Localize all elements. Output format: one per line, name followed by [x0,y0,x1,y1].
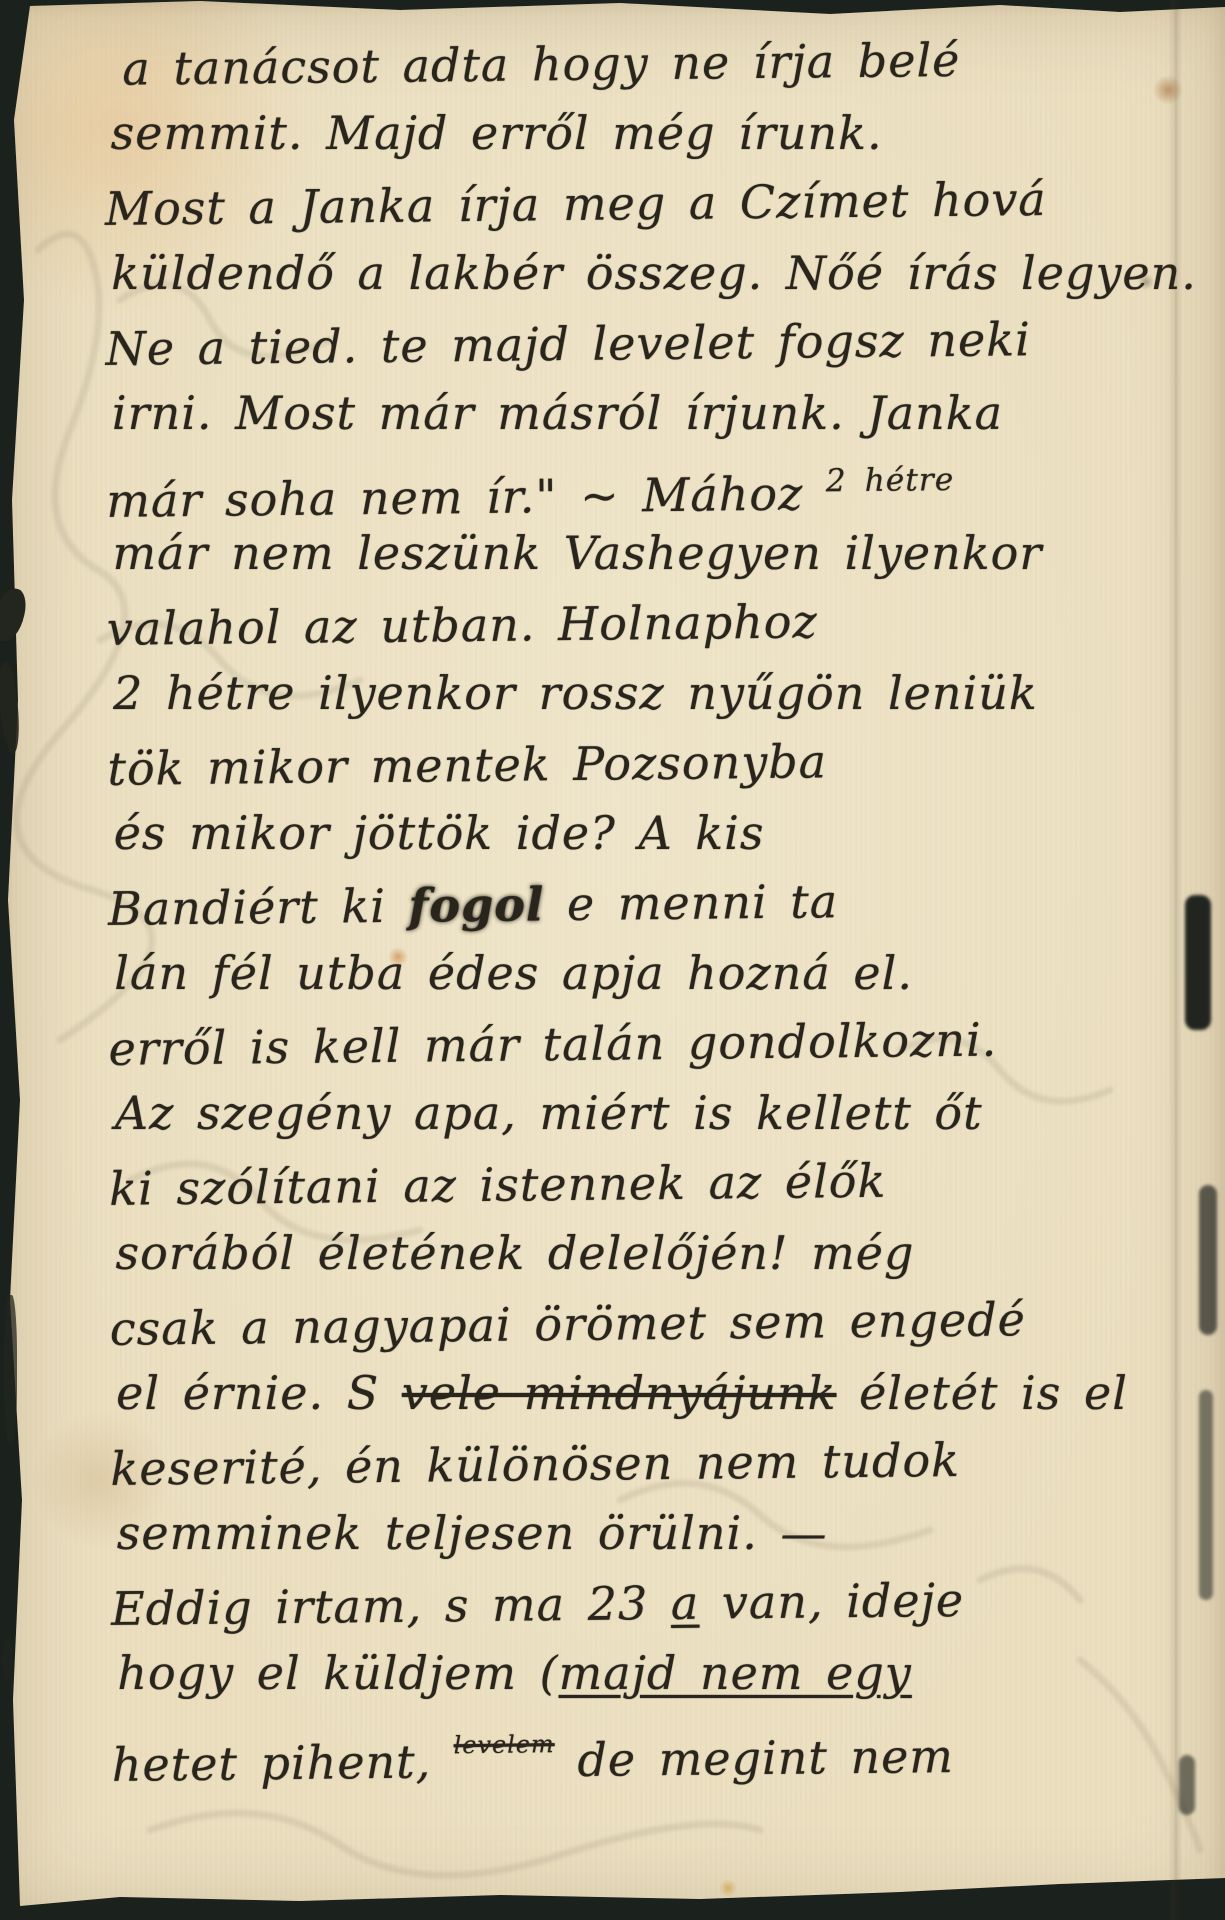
handwritten-line: semmit. Majd erről még írunk. [111,98,1219,168]
handwritten-line: csak a nagyapai örömet sem engedé [109,1282,1224,1364]
handwritten-line: ki szólítani az istennek az élők [109,1142,1224,1224]
line-text: semmit. Majd erről még írunk. [111,106,883,160]
line-text: már nem leszünk Vashegyen ilyenkor [112,526,1042,580]
ink-blot [4,1295,17,1445]
line-text-superscript: 2 hétre [826,462,955,499]
line-text-underlined: a [671,1576,700,1630]
handwritten-line: lán fél utba édes apja hozná el. [114,938,1222,1008]
line-text: életét is el [836,1366,1127,1420]
handwritten-line: 2 hétre ilyenkor rossz nyűgön leniük [113,658,1221,728]
line-text: 2 hétre ilyenkor rossz nyűgön leniük [113,666,1038,720]
line-text: és mikor jöttök ide? A kis [114,806,765,860]
line-text: valahol az utban. Holnaphoz [107,594,818,655]
handwritten-line: Ne a tied. te majd levelet fogsz neki [105,302,1220,384]
handwritten-line: már soha nem ír." ~ Mához 2 hétre [106,442,1221,524]
handwritten-line: Az szegény apa, miért is kellett őt [115,1078,1223,1148]
line-text: Az szegény apa, miért is kellett őt [115,1086,983,1140]
line-text: küldendő a lakbér összeg. Nőé írás legye… [111,246,1197,300]
line-text-ink-blotted: fogol [408,877,544,932]
handwritten-line: küldendő a lakbér összeg. Nőé írás legye… [111,238,1219,308]
line-text: hogy el küldjem ( [117,1646,558,1700]
line-text: van, ideje [699,1573,964,1630]
line-text: lán fél utba édes apja hozná el. [114,946,913,1000]
line-text: sorából életének delelőjén! még [116,1226,915,1280]
line-text-underlined: majd nem egy [559,1646,912,1700]
handwritten-line: el érnie. S vele mindnyájunk életét is e… [116,1358,1224,1428]
line-text: a tanácsot adta hogy ne írja belé [122,33,961,96]
handwritten-line: Bandiért ki fogol e menni ta [108,862,1223,944]
line-text: Eddig irtam, s ma 23 [111,1576,671,1636]
handwritten-line: hogy el küldjem (majd nem egy [117,1638,1225,1708]
line-text: Most a Janka írja meg a Czímet hová [105,172,1047,236]
handwritten-line: és mikor jöttök ide? A kis [114,798,1222,868]
line-text-struck-insertion: levelem [454,1730,555,1759]
handwritten-line: már nem leszünk Vashegyen ilyenkor [112,518,1220,588]
line-text: irni. Most már másról írjunk. Janka [112,386,1003,440]
handwritten-line: semminek teljesen örülni. — [117,1498,1225,1568]
line-text: keserité, én különösen nem tudok [110,1433,960,1496]
line-text: Bandiért ki [108,879,409,936]
handwritten-line: sorából életének delelőjén! még [116,1218,1224,1288]
handwritten-line: keserité, én különösen nem tudok [110,1422,1225,1504]
line-text: el érnie. S [116,1366,402,1420]
line-text: hetet pihent, [112,1734,455,1792]
line-text: semminek teljesen örülni. — [117,1506,828,1560]
handwritten-text-block: a tanácsot adta hogy ne írja belé semmit… [104,26,1225,1781]
handwritten-line: hetet pihent, levelem de megint nem [111,1702,1225,1784]
line-text: csak a nagyapai örömet sem engedé [110,1292,1027,1356]
handwritten-line: irni. Most már másról írjunk. Janka [112,378,1220,448]
line-text: e menni ta [544,874,838,931]
line-text: tök mikor mentek Pozsonyba [107,734,827,796]
line-text: erről is kell már talán gondolkozni. [108,1013,997,1076]
handwritten-line: Eddig irtam, s ma 23 a van, ideje [111,1562,1225,1644]
line-text: ki szólítani az istennek az élők [109,1154,887,1216]
handwritten-line: tök mikor mentek Pozsonyba [107,722,1222,804]
handwritten-line: a tanácsot adta hogy ne írja belé [104,22,1219,104]
line-text-struck-through: vele mindnyájunk [402,1366,837,1420]
line-text: Ne a tied. te majd levelet fogsz neki [105,312,1031,376]
handwritten-line: erről is kell már talán gondolkozni. [108,1002,1223,1084]
line-text: de megint nem [555,1729,955,1787]
handwritten-line: Most a Janka írja meg a Czímet hová [105,162,1220,244]
handwritten-line: valahol az utban. Holnaphoz [106,582,1221,664]
scanned-letter-canvas: a tanácsot adta hogy ne írja belé semmit… [0,0,1225,1920]
